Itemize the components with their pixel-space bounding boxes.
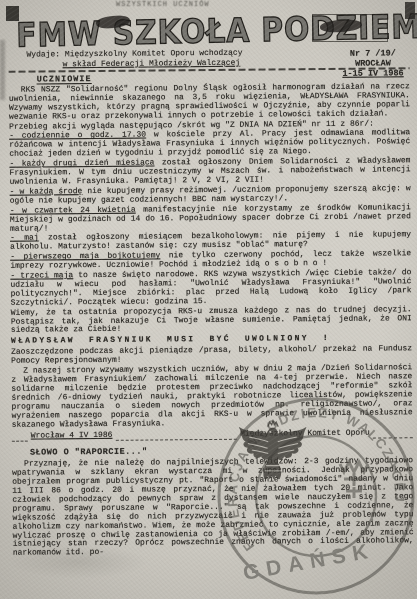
issue-number: Nr 7 /19/	[342, 48, 403, 59]
decision-paragraph: Wiemy, że ta ostatnia propozycja RKS-u z…	[11, 306, 412, 336]
action-item: - trzeci maja to nasze święto narodowe. …	[10, 269, 411, 308]
action-rest: został ogłoszony miesiącem bezalkoholowy…	[10, 231, 411, 252]
page-content: FMW SZKOŁA PODZIEMNA Wydaje: Międzyszkol…	[0, 0, 417, 599]
page-scan: WSZYSTKICH UCZNIÓW FMW SZKOŁA PODZIEMNA …	[0, 0, 417, 599]
intro-paragraph: RKS NSZZ "Solidarność" regionu Dolny Ślą…	[9, 83, 410, 122]
action-lead: - maj	[10, 234, 39, 243]
dash-filler	[12, 436, 28, 442]
action-item: - każdy drugi dzień miesiąca został ogło…	[9, 157, 410, 187]
action-item: - w czwartek 24 kwietnia manifestacyjnie…	[10, 204, 411, 234]
signature-place-date: Wrocław 4 IV 1986	[31, 432, 113, 442]
issue-date: 1-15 IV 1986	[342, 68, 403, 79]
dash-filler	[115, 434, 237, 441]
article-uczniowie: RKS NSZZ "Solidarność" regionu Dolny Ślą…	[9, 83, 414, 559]
signature-author: Międzyszkolny Komitet Oporu	[240, 430, 370, 440]
silence-call-paragraph: Z naszej strony wzywamy wszystkich uczni…	[11, 364, 413, 430]
dash-filler	[373, 433, 413, 439]
action-item: - codziennie o godz. 17.30 w kościele pr…	[9, 130, 410, 160]
newsletter-logo: FMW SZKOŁA PODZIEMNA	[16, 8, 370, 55]
article2-body: Przyznaję, że nie należę do najpilniejsz…	[12, 457, 414, 558]
issue-block: Nr 7 /19/ WROCŁAW 1-15 IV 1986	[342, 48, 403, 79]
signature-row: Wrocław 4 IV 1986 Międzyszkolny Komitet …	[12, 430, 413, 442]
